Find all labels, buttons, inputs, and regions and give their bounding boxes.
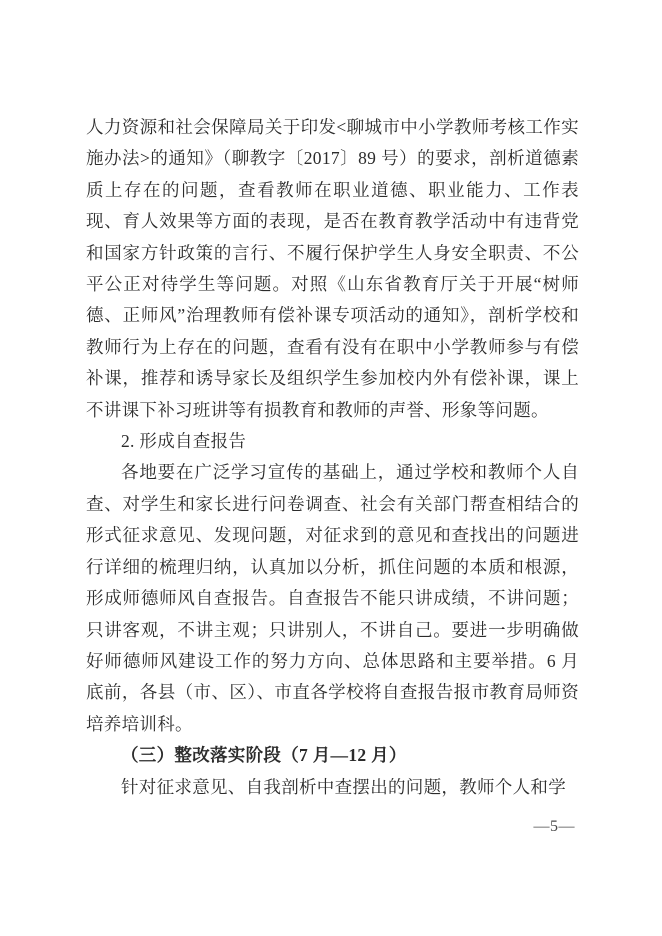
section-heading: （三）整改落实阶段（7 月—12 月） — [86, 740, 579, 771]
paragraph-body-continuation: 人力资源和社会保障局关于印发<聊城市中小学教师考核工作实施办法>的通知》（聊教字… — [86, 112, 579, 426]
page-number: —5— — [534, 818, 576, 836]
paragraph-body: 各地要在广泛学习宣传的基础上，通过学校和教师个人自查、对学生和家长进行问卷调查、… — [86, 457, 579, 740]
numbered-subheading: 2. 形成自查报告 — [86, 426, 579, 457]
paragraph-body: 针对征求意见、自我剖析中查摆出的问题，教师个人和学 — [86, 772, 579, 803]
document-page: 人力资源和社会保障局关于印发<聊城市中小学教师考核工作实施办法>的通知》（聊教字… — [0, 0, 662, 936]
document-text-block: 人力资源和社会保障局关于印发<聊城市中小学教师考核工作实施办法>的通知》（聊教字… — [86, 112, 579, 803]
